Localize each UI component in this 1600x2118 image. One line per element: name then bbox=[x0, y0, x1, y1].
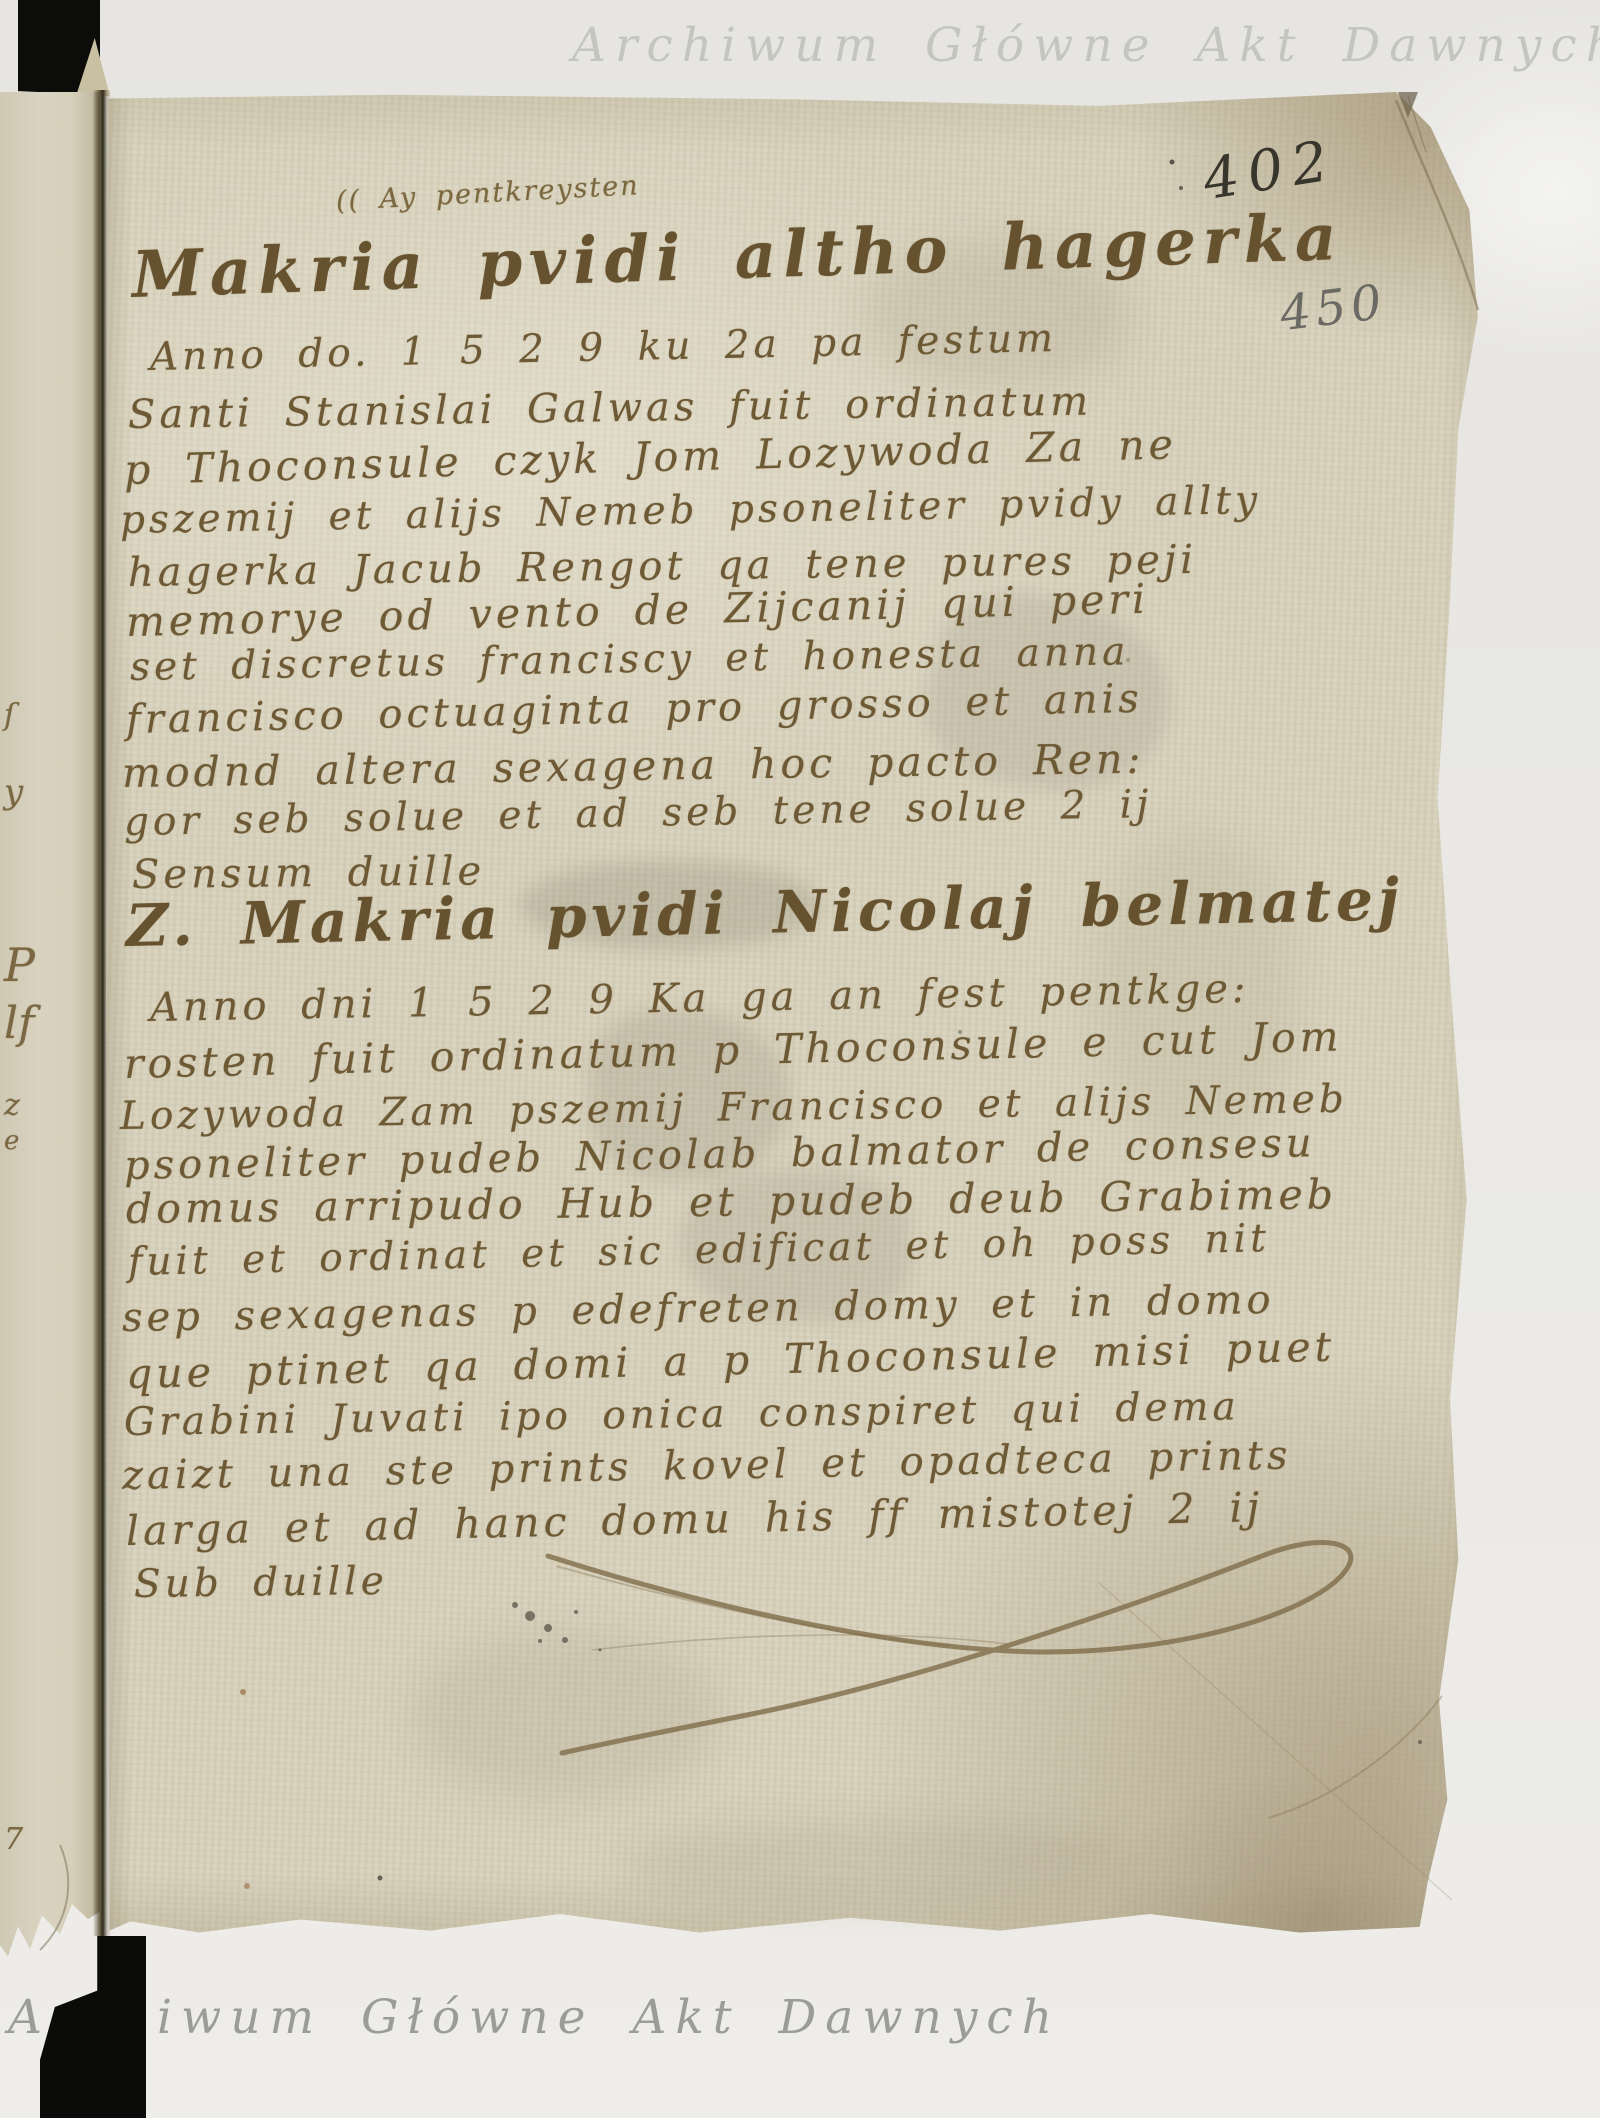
archival-scan: (( Ay pentkreysten Makria pvidi altho ha… bbox=[0, 0, 1600, 2118]
margin-ink-fragment: 7 bbox=[4, 1822, 23, 1857]
archive-watermark-top: Archiwum Główne Akt Dawnych bbox=[572, 18, 1600, 73]
manuscript-line: Sub duille bbox=[134, 1559, 388, 1607]
paper-stain bbox=[620, 1820, 1140, 1910]
margin-ink-fragment: lf bbox=[4, 998, 34, 1049]
margin-ink-fragment: y bbox=[4, 772, 23, 812]
margin-ink-fragment: P bbox=[4, 938, 35, 992]
margin-ink-fragment: z bbox=[4, 1088, 20, 1123]
margin-ink-fragment: ſ bbox=[4, 698, 15, 733]
margin-ink-fragment: e bbox=[4, 1126, 19, 1156]
paper-stain bbox=[410, 1630, 720, 1800]
archive-watermark-bottom: Archiwum Główne Akt Dawnych bbox=[8, 1990, 1061, 2045]
manuscript-line: Sensum duille bbox=[132, 848, 486, 898]
